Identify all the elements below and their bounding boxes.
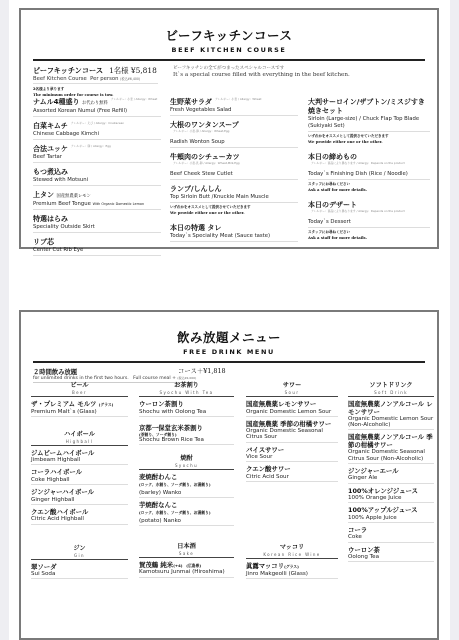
menu-item: 白菜キムチアレルギー：えび / Allergy：Crustacean Chine… bbox=[33, 122, 161, 140]
menu-item: ナムル4種盛り お代わり無料アレルギー：小麦 / Allergy：Wheat A… bbox=[33, 98, 161, 117]
item-name-en: Center Cut Rib Eye bbox=[33, 247, 161, 254]
note-en: Ask a staff for more details. bbox=[308, 235, 430, 240]
item-note: いずれかをオススメとして提供させていただきます We provide eithe… bbox=[308, 134, 430, 144]
menu-item: 上タン 国産無農薬レモン Premium Beef Tongue With Or… bbox=[33, 191, 161, 210]
drink-title-jp: 飲み放題メニュー bbox=[21, 328, 437, 346]
drink-name-jp: クエン酸ハイボール bbox=[31, 509, 128, 517]
drink-name-jp: クエン酸サワー bbox=[246, 466, 338, 474]
item-name-en: Assorted Korean Numul (Free Refill) bbox=[33, 108, 161, 115]
drink-name-en: Coke Highball bbox=[31, 477, 128, 483]
per-person-label: Per person bbox=[90, 76, 118, 82]
item-name-en: Today`s Dessert bbox=[308, 219, 430, 226]
drink-name-jp: バイスサワー bbox=[246, 447, 338, 455]
drink-name-jp: 翠ソーダ bbox=[31, 564, 128, 572]
course-tax-note: (税込¥6,400) bbox=[120, 77, 140, 81]
item-name-en: Beef Tartar bbox=[33, 154, 161, 161]
category-makgeolli: マッコリ Korean Rice Wine bbox=[246, 544, 338, 559]
item-name-jp: 大根のワンタンスープ bbox=[170, 121, 239, 129]
menu-item: 牛頬肉のシチューカツアレルギー：小麦,乳,卵 / Allergy：Wheat,M… bbox=[170, 153, 298, 180]
drink-name-jp: ジムビームハイボール bbox=[31, 450, 128, 458]
drink-name-jp: 国産無農薬レモンサワー bbox=[246, 401, 338, 409]
drink-name-en: 100% Apple Juice bbox=[348, 515, 434, 521]
drink-name-en: Organic Domestic Seasonal Citrus Sour (N… bbox=[348, 449, 434, 461]
menu-item: 合法ユッケアレルギー：卵 / Allergy：Egg Beef Tartar bbox=[33, 145, 161, 163]
drink-item: 国産無農薬ノンアルコール レモンサワー Organic Domestic Lem… bbox=[348, 401, 434, 430]
category-name-jp: マッコリ bbox=[246, 544, 338, 552]
drink-item: 眞露マッコリ(グラス) Jinro Makgeolli (Glass) bbox=[246, 563, 338, 579]
item-name-jp: 本日の特選 タレ bbox=[170, 224, 298, 233]
drink-name-jp: 賀茂鶴 純米 bbox=[139, 561, 173, 569]
category-beer: ビール Beer bbox=[31, 382, 128, 397]
allergy-note: アレルギー：商品により異なります / Allergy：Depends on th… bbox=[311, 162, 405, 165]
menu-item: 生野菜サラダアレルギー：小麦 / Allergy：Wheat Fresh Veg… bbox=[170, 98, 298, 116]
category-tea: お茶割り Syochu With Tea bbox=[139, 382, 234, 397]
drink-column-3: サワー Sour 国産無農薬レモンサワー Organic Domestic Le… bbox=[246, 382, 338, 583]
item-name-jp: 生野菜サラダ bbox=[170, 98, 212, 106]
drink-name-jp: ザ・プレミアム モルツ bbox=[31, 400, 96, 408]
course-info: ビーフキッチンコース 1名様 ¥5,818 Beef Kitchen Cours… bbox=[33, 65, 158, 97]
item-note: スタッフにお尋ねください Ask a staff for more detail… bbox=[308, 182, 430, 192]
drink-item: ザ・プレミアム モルツ (グラス) Premium Malt`s (Glass) bbox=[31, 401, 128, 417]
drink-name-en: Vice Sour bbox=[246, 454, 338, 460]
menu-item: もつ煮込み Stewed with Motsuni bbox=[33, 168, 161, 186]
item-name-en: Beef Cheek Stew Cutlet bbox=[170, 171, 298, 178]
food-title-en: BEEF KITCHEN COURSE bbox=[21, 46, 437, 54]
drink-name-en: Organic Domestic Seasonal Citrus Sour bbox=[246, 428, 338, 440]
drink-name-en: Citric Acid Highball bbox=[31, 516, 128, 522]
beef-kitchen-course-card: ビーフキッチンコース BEEF KITCHEN COURSE ビーフキッチンコー… bbox=[19, 8, 439, 249]
drink-name-jp: 麦焼酎わんこ bbox=[139, 474, 234, 482]
drink-title-en: FREE DRINK MENU bbox=[21, 348, 437, 356]
drink-name-jp: ジンジャーハイボール bbox=[31, 489, 128, 497]
item-name-en: Today`s Speciality Meat (Sauce taste) bbox=[170, 233, 298, 240]
item-name-en: Top Sirloin Butt /Knuckle Main Muscle bbox=[170, 194, 298, 201]
drink-item: 国産無農薬 季節の柑橘サワー Organic Domestic Seasonal… bbox=[246, 421, 338, 443]
category-name-en: Sake bbox=[139, 551, 234, 556]
category-name-jp: お茶割り bbox=[139, 382, 234, 390]
drink-size: (グラス) bbox=[99, 402, 114, 407]
item-name-jp: 上タン bbox=[33, 191, 54, 199]
drink-item: ジムビームハイボール Jimbeam Highball bbox=[31, 450, 128, 466]
category-name-jp: サワー bbox=[246, 382, 338, 390]
allergy-note: アレルギー：小麦,卵 / Allergy：Wheat,Egg bbox=[173, 130, 229, 133]
note-en: We provide either one or the other. bbox=[308, 139, 430, 144]
category-name-jp: ジン bbox=[31, 545, 128, 553]
drink-name-jp: コーラ bbox=[348, 527, 434, 535]
item-name-en: Today`s Finishing Dish (Rice / Noodle) bbox=[308, 171, 430, 178]
plan-en: for unlimited drinks in the first two ho… bbox=[33, 376, 129, 381]
drink-item: 100%オレンジジュース 100% Orange Juice bbox=[348, 488, 434, 504]
category-soft-drink: ソフトドリンク Soft Drink bbox=[348, 382, 434, 397]
item-name-en: Premium Beef Tongue bbox=[33, 201, 91, 207]
drink-name-en: Sui Soda bbox=[31, 571, 128, 577]
drink-item: ジンジャーハイボール Ginger Highball bbox=[31, 489, 128, 505]
item-name-en: Fresh Vegetables Salad bbox=[170, 107, 298, 114]
drink-item: コーラ Coke bbox=[348, 527, 434, 543]
item-name-jp: 大判サーロイン/ザブトン/ミスジすき焼きセット bbox=[308, 98, 430, 116]
course-column-1: ナムル4種盛り お代わり無料アレルギー：小麦 / Allergy：Wheat A… bbox=[33, 98, 161, 261]
drink-item: バイスサワー Vice Sour bbox=[246, 447, 338, 463]
title-divider bbox=[33, 59, 425, 61]
item-name-en: Speciality Outside Skirt bbox=[33, 224, 161, 231]
allergy-note: アレルギー：小麦 / Allergy：Wheat bbox=[215, 98, 262, 101]
drink-name-jp: 国産無農薬ノンアルコール 季節の柑橘サワー bbox=[348, 434, 434, 449]
category-sour: サワー Sour bbox=[246, 382, 338, 397]
drink-name-jp: 国産無農薬 季節の柑橘サワー bbox=[246, 421, 338, 429]
drink-serving: (ロック、水割り、ソーダ割り、お湯割り) bbox=[139, 510, 234, 515]
drink-name-en: Organic Domestic Lemon Sour bbox=[246, 409, 338, 415]
drink-name-en: (potato) Nanko bbox=[139, 518, 234, 524]
item-name-jp: 牛頬肉のシチューカツ bbox=[170, 153, 240, 161]
category-name-jp: ソフトドリンク bbox=[348, 382, 434, 390]
drink-name-jp: 100%アップルジュース bbox=[348, 507, 434, 515]
menu-item: リブ芯 Center Cut Rib Eye bbox=[33, 238, 161, 256]
item-name-jp: リブ芯 bbox=[33, 238, 161, 247]
course-desc-jp: ビーフキッチンの全てがつまったスペシャルコースです bbox=[173, 65, 433, 71]
drink-item: クエン酸サワー Citric Acid Sour bbox=[246, 466, 338, 482]
free-drink-menu-card: 飲み放題メニュー FREE DRINK MENU ２時間飲み放題 コース＋¥1,… bbox=[19, 310, 439, 640]
item-name-en: Stewed with Motsuni bbox=[33, 177, 161, 184]
drink-column-1: ビール Beer ザ・プレミアム モルツ (グラス) Premium Malt`… bbox=[31, 382, 128, 583]
item-name-jp: 白菜キムチ bbox=[33, 122, 68, 130]
item-name-en: Sirloin (Large-size) / Chuck Flap Top Bl… bbox=[308, 116, 430, 130]
course-column-3: 大判サーロイン/ザブトン/ミスジすき焼きセット Sirloin (Large-s… bbox=[308, 98, 430, 247]
drink-item: 賀茂鶴 純米(+4) (広島県) Kamotsuru Junmai (Hiros… bbox=[139, 562, 234, 578]
drink-name-en: Organic Domestic Lemon Sour (Non-Alcohol… bbox=[348, 416, 434, 428]
menu-item: 本日のデザートアレルギー：商品により異なります / Allergy：Depend… bbox=[308, 201, 430, 228]
drink-origin: (+4) (広島県) bbox=[173, 563, 201, 568]
menu-item: 特選はらみ Speciality Outside Skirt bbox=[33, 215, 161, 233]
drink-column-4: ソフトドリンク Soft Drink 国産無農薬ノンアルコール レモンサワー O… bbox=[348, 382, 434, 566]
drink-name-jp: 京都一保堂玄米茶割り bbox=[139, 425, 234, 433]
drink-name-jp: 眞露マッコリ bbox=[246, 562, 284, 570]
drink-name-en: Shochu with Oolong Tea bbox=[139, 409, 234, 415]
drink-column-2: お茶割り Syochu With Tea ウーロン茶割り Shochu with… bbox=[139, 382, 234, 582]
course-price: 1名様 ¥5,818 bbox=[109, 65, 157, 76]
drink-item: 100%アップルジュース 100% Apple Juice bbox=[348, 507, 434, 523]
category-name-jp: 日本酒 bbox=[139, 543, 234, 551]
category-name-en: Gin bbox=[31, 553, 128, 558]
item-note: いずれかをオススメとして提供させていただきます We provide eithe… bbox=[170, 205, 298, 215]
drink-item: クエン酸ハイボール Citric Acid Highball bbox=[31, 509, 128, 525]
menu-item: 本日の特選 タレ Today`s Speciality Meat (Sauce … bbox=[170, 224, 298, 242]
drink-item: コーラハイボール Coke Highball bbox=[31, 469, 128, 485]
drink-size: (グラス) bbox=[284, 564, 299, 569]
category-name-jp: 焼酎 bbox=[139, 455, 234, 463]
drink-item: ウーロン茶 Oolong Tea bbox=[348, 547, 434, 563]
menu-item: 大根のワンタンスープアレルギー：小麦,卵 / Allergy：Wheat,Egg… bbox=[170, 121, 298, 148]
item-name-jp: ランプ/しんしん bbox=[170, 185, 298, 194]
item-name-en: Chinese Cabbage Kimchi bbox=[33, 131, 161, 138]
item-sub: お代わり無料 bbox=[82, 101, 108, 106]
drink-name-en: Premium Malt`s (Glass) bbox=[31, 409, 128, 415]
drink-item: 翠ソーダ Sui Soda bbox=[31, 564, 128, 580]
category-sake: 日本酒 Sake bbox=[139, 543, 234, 558]
category-name-en: Highball bbox=[31, 439, 128, 444]
drink-item: ウーロン茶割り Shochu with Oolong Tea bbox=[139, 401, 234, 417]
item-name-jp: もつ煮込み bbox=[33, 168, 161, 177]
category-name-jp: ハイボール bbox=[31, 431, 128, 439]
course-description: ビーフキッチンの全てがつまったスペシャルコースです It`s a special… bbox=[173, 65, 433, 78]
drink-name-en: Jimbeam Highball bbox=[31, 457, 128, 463]
allergy-note: アレルギー：小麦,乳,卵 / Allergy：Wheat,Milk,Egg bbox=[173, 162, 240, 165]
drink-name-jp: コーラハイボール bbox=[31, 469, 128, 477]
drink-name-en: Ginger Highball bbox=[31, 497, 128, 503]
drink-name-jp: ウーロン茶割り bbox=[139, 401, 234, 409]
course-column-2: 生野菜サラダアレルギー：小麦 / Allergy：Wheat Fresh Veg… bbox=[170, 98, 298, 247]
food-title-jp: ビーフキッチンコース bbox=[21, 26, 437, 44]
menu-page: ビーフキッチンコース BEEF KITCHEN COURSE ビーフキッチンコー… bbox=[9, 0, 450, 640]
course-name-jp: ビーフキッチンコース bbox=[33, 66, 103, 76]
drink-name-jp: 国産無農薬ノンアルコール レモンサワー bbox=[348, 401, 434, 416]
drink-name-en: Ginger Ale bbox=[348, 475, 434, 481]
min-order-en: The minimum order for course is tow. bbox=[33, 92, 158, 97]
menu-item: 本日の締めものアレルギー：商品により異なります / Allergy：Depend… bbox=[308, 153, 430, 180]
drink-item: 芋焼酎なんこ (ロック、水割り、ソーダ割り、お湯割り) (potato) Nan… bbox=[139, 502, 234, 526]
category-shochu: 焼酎 Syochu bbox=[139, 455, 234, 470]
title-divider bbox=[33, 361, 425, 363]
plan-tax-note: (税込¥2,000) bbox=[177, 376, 196, 380]
drink-name-en: (barley) Wanko bbox=[139, 490, 234, 496]
drink-name-en: Oolong Tea bbox=[348, 554, 434, 560]
drink-name-en: Coke bbox=[348, 534, 434, 540]
drink-name-en: Shochu Brown Rice Tea bbox=[139, 437, 234, 443]
drink-name-en: 100% Orange Juice bbox=[348, 495, 434, 501]
full-course-label: Full course meal + bbox=[133, 376, 176, 381]
note-en: Ask a staff for more details. bbox=[308, 187, 430, 192]
plan-price: コース＋¥1,818 bbox=[178, 366, 226, 375]
category-name-en: Korean Rice Wine bbox=[246, 552, 338, 557]
course-name-en: Beef Kitchen Course bbox=[33, 76, 87, 82]
drink-name-en: Jinro Makgeolli (Glass) bbox=[246, 571, 338, 577]
category-name-en: Syochu With Tea bbox=[139, 390, 234, 395]
drink-serving: (ロック、水割り、ソーダ割り、お湯割り) bbox=[139, 482, 234, 487]
drink-item: 麦焼酎わんこ (ロック、水割り、ソーダ割り、お湯割り) (barley) Wan… bbox=[139, 474, 234, 498]
course-desc-en: It`s a special course filled with everyt… bbox=[173, 72, 433, 78]
category-name-en: Sour bbox=[246, 390, 338, 395]
menu-item: ランプ/しんしん Top Sirloin Butt /Knuckle Main … bbox=[170, 185, 298, 203]
menu-item: 大判サーロイン/ザブトン/ミスジすき焼きセット Sirloin (Large-s… bbox=[308, 98, 430, 132]
drink-name-jp: 100%オレンジジュース bbox=[348, 488, 434, 496]
drink-item: ジンジャーエール Ginger Ale bbox=[348, 468, 434, 484]
item-sub: 国産無農薬レモン bbox=[56, 194, 90, 199]
drink-name-en: Kamotsuru Junmai (Hiroshima) bbox=[139, 569, 234, 575]
item-name-jp: 本日のデザート bbox=[308, 201, 357, 209]
drink-item: 京都一保堂玄米茶割り (茶割り、ソーダ割り) Shochu Brown Rice… bbox=[139, 425, 234, 446]
allergy-note: アレルギー：小麦 / Allergy：Wheat bbox=[111, 98, 158, 101]
item-name-en: Radish Wonton Soup bbox=[170, 139, 298, 146]
category-gin: ジン Gin bbox=[31, 545, 128, 560]
allergy-note: アレルギー：卵 / Allergy：Egg bbox=[71, 145, 111, 148]
drink-name-en: Citric Acid Sour bbox=[246, 474, 338, 480]
item-name-jp: 合法ユッケ bbox=[33, 145, 68, 153]
allergy-note: アレルギー：商品により異なります / Allergy：Depends on th… bbox=[311, 210, 405, 213]
item-note: スタッフにお尋ねください Ask a staff for more detail… bbox=[308, 230, 430, 240]
item-en-note: With Organic Domestic Lemon bbox=[93, 202, 145, 206]
drink-categories: ビール Beer ザ・プレミアム モルツ (グラス) Premium Malt`… bbox=[31, 382, 431, 637]
category-name-en: Soft Drink bbox=[348, 390, 434, 395]
item-name-jp: 本日の締めもの bbox=[308, 153, 357, 161]
drink-item: 国産無農薬レモンサワー Organic Domestic Lemon Sour bbox=[246, 401, 338, 417]
category-name-en: Beer bbox=[31, 390, 128, 395]
drink-item: 国産無農薬ノンアルコール 季節の柑橘サワー Organic Domestic S… bbox=[348, 434, 434, 463]
item-name-jp: 特選はらみ bbox=[33, 215, 161, 224]
note-en: We provide either one or the other. bbox=[170, 210, 298, 215]
allergy-note: アレルギー：えび / Allergy：Crustacean bbox=[71, 122, 124, 125]
drink-name-jp: 芋焼酎なんこ bbox=[139, 502, 234, 510]
category-highball: ハイボール Highball bbox=[31, 431, 128, 446]
category-name-jp: ビール bbox=[31, 382, 128, 390]
item-name-jp: ナムル4種盛り bbox=[33, 98, 80, 106]
category-name-en: Syochu bbox=[139, 463, 234, 468]
drink-name-jp: ジンジャーエール bbox=[348, 468, 434, 476]
plan-name-jp: ２時間飲み放題 bbox=[33, 367, 77, 376]
drink-name-jp: ウーロン茶 bbox=[348, 547, 434, 555]
